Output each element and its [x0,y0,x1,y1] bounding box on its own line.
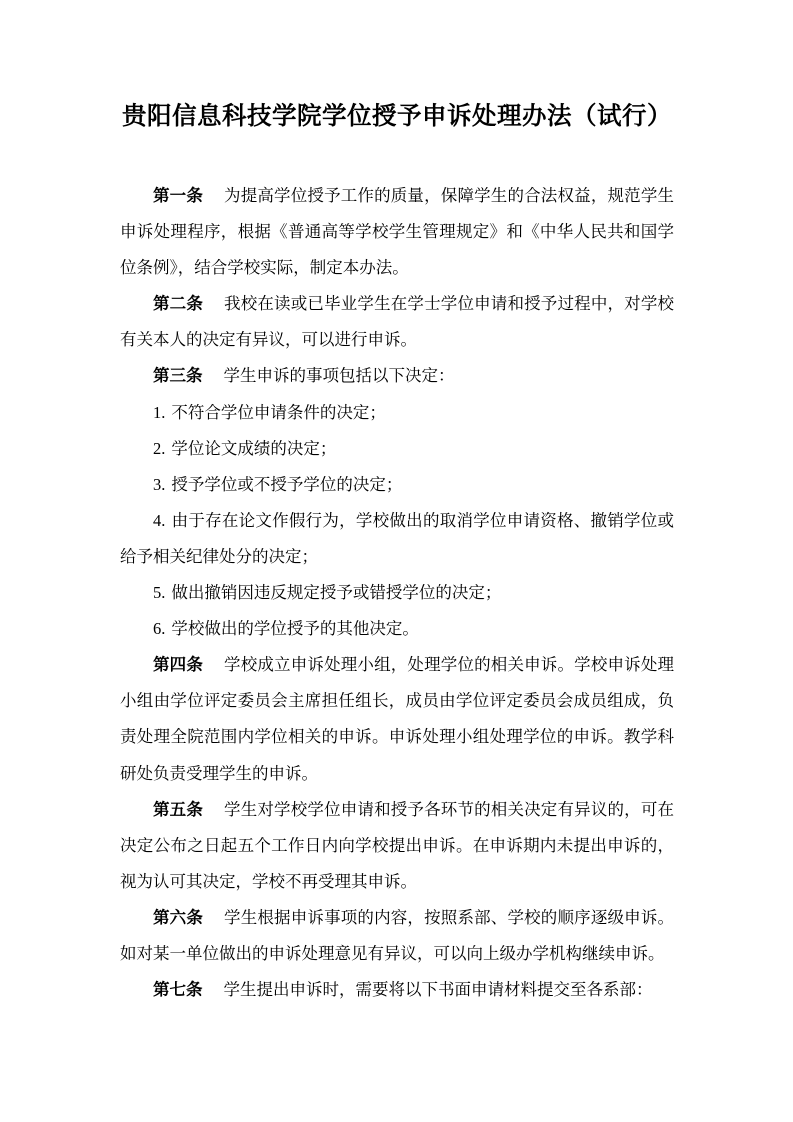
document-body: 第一条为提高学位授予工作的质量，保障学生的合法权益，规范学生申诉处理程序，根据《… [120,178,674,1008]
article-text: 学校成立申诉处理小组，处理学位的相关申诉。学校申诉处理小组由学位评定委员会主席担… [120,655,674,782]
article-label: 第二条 [153,294,203,313]
article-text: 学生根据申诉事项的内容，按照系部、学校的顺序逐级申诉。如对某一单位做出的申诉处理… [120,908,674,963]
item-text: 做出撤销因违反规定授予或错授学位的决定； [171,583,501,602]
item-number: 1. [153,403,165,422]
article-paragraph: 第三条学生申诉的事项包括以下决定： [120,358,674,394]
item-number: 3. [153,475,165,494]
item-number: 4. [153,511,165,530]
article-paragraph: 第二条我校在读或已毕业学生在学士学位申请和授予过程中，对学校有关本人的决定有异议… [120,286,674,358]
document-page: 贵阳信息科技学院学位授予申诉处理办法（试行） 第一条为提高学位授予工作的质量，保… [0,0,793,1122]
item-number: 2. [153,439,165,458]
item-number: 6. [153,619,165,638]
item-text: 学位论文成绩的决定； [171,439,336,458]
list-item-paragraph: 1.不符合学位申请条件的决定； [120,395,674,431]
list-item-paragraph: 4.由于存在论文作假行为，学校做出的取消学位申请资格、撤销学位或给予相关纪律处分… [120,503,674,575]
article-label: 第七条 [153,980,203,999]
article-text: 为提高学位授予工作的质量，保障学生的合法权益，规范学生申诉处理程序，根据《普通高… [120,186,674,277]
article-text: 学生提出申诉时，需要将以下书面申请材料提交至各系部： [224,980,653,999]
item-number: 5. [153,583,165,602]
item-text: 由于存在论文作假行为，学校做出的取消学位申请资格、撤销学位或给予相关纪律处分的决… [120,511,674,566]
article-label: 第五条 [153,800,203,819]
article-text: 我校在读或已毕业学生在学士学位申请和授予过程中，对学校有关本人的决定有异议，可以… [120,294,674,349]
item-text: 学校做出的学位授予的其他决定。 [171,619,419,638]
item-text: 不符合学位申请条件的决定； [171,403,386,422]
article-paragraph: 第一条为提高学位授予工作的质量，保障学生的合法权益，规范学生申诉处理程序，根据《… [120,178,674,286]
article-text: 学生申诉的事项包括以下决定： [224,366,455,385]
list-item-paragraph: 3.授予学位或不授予学位的决定； [120,467,674,503]
article-label: 第三条 [153,366,203,385]
article-paragraph: 第六条学生根据申诉事项的内容，按照系部、学校的顺序逐级申诉。如对某一单位做出的申… [120,900,674,972]
list-item-paragraph: 2.学位论文成绩的决定； [120,431,674,467]
item-text: 授予学位或不授予学位的决定； [171,475,402,494]
document-content: 贵阳信息科技学院学位授予申诉处理办法（试行） 第一条为提高学位授予工作的质量，保… [120,0,674,1008]
article-label: 第六条 [153,908,203,927]
list-item-paragraph: 6.学校做出的学位授予的其他决定。 [120,611,674,647]
article-paragraph: 第五条学生对学校学位申请和授予各环节的相关决定有异议的，可在决定公布之日起五个工… [120,792,674,900]
article-paragraph: 第四条学校成立申诉处理小组，处理学位的相关申诉。学校申诉处理小组由学位评定委员会… [120,647,674,791]
article-text: 学生对学校学位申请和授予各环节的相关决定有异议的，可在决定公布之日起五个工作日内… [120,800,674,891]
article-label: 第一条 [153,186,203,205]
page-title: 贵阳信息科技学院学位授予申诉处理办法（试行） [120,100,674,134]
list-item-paragraph: 5.做出撤销因违反规定授予或错授学位的决定； [120,575,674,611]
article-paragraph: 第七条学生提出申诉时，需要将以下书面申请材料提交至各系部： [120,972,674,1008]
article-label: 第四条 [153,655,203,674]
